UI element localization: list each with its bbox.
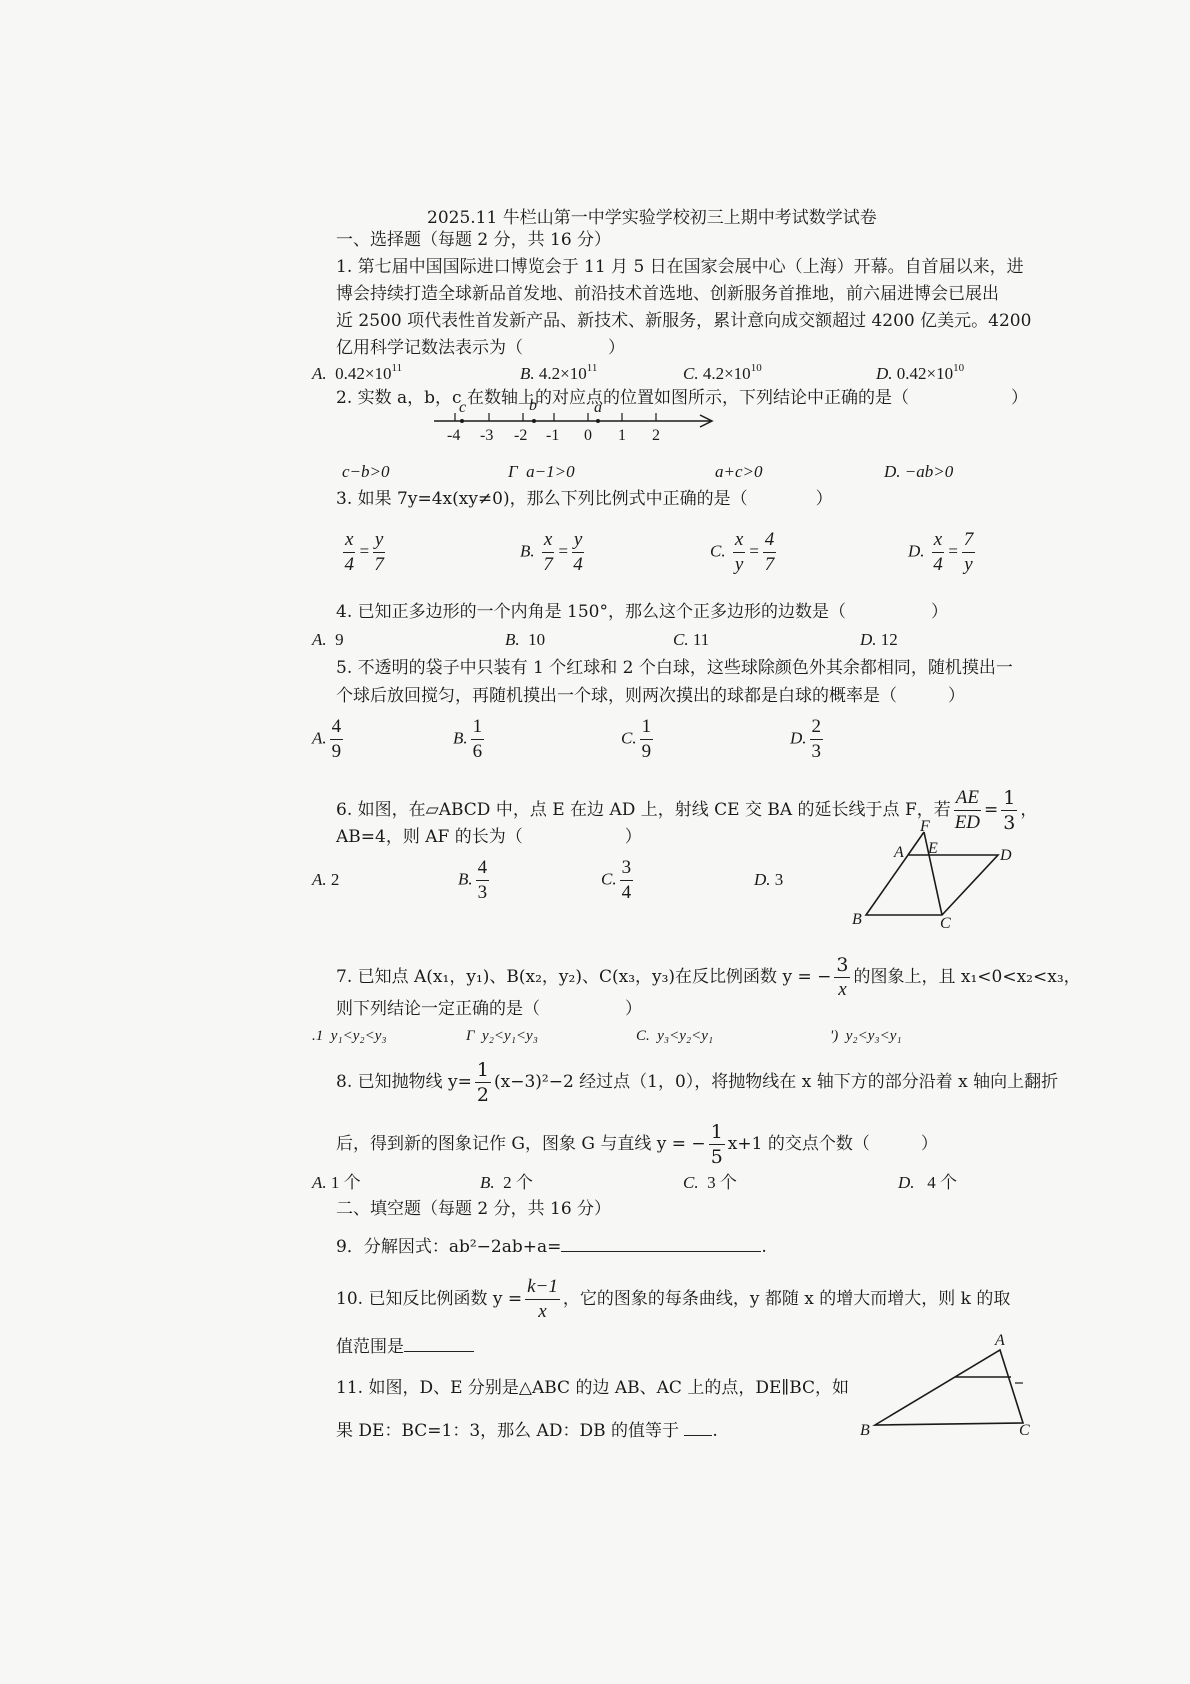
q5-line-2: 个球后放回搅匀，再随机摸出一个球，则两次摸出的球都是白球的概率是（ ）: [336, 685, 965, 707]
q9-text: 9．分解因式：ab²−2ab+a=.: [336, 1235, 767, 1258]
q7-option-a: .1 y₁<y₂<y₃: [312, 1028, 387, 1045]
number-line-figure: c b a -4 -3 -2 -1 0 1 2: [430, 395, 730, 455]
q8-option-b: B. 2 个: [480, 1168, 533, 1193]
q8-option-a: A. 1 个: [312, 1168, 361, 1193]
svg-text:C: C: [940, 915, 951, 932]
q8-option-d: D. 4 个: [898, 1168, 957, 1193]
q3-option-b: B. x7=y4: [520, 528, 587, 577]
q1-option-d: D. 0.42×1010: [876, 362, 964, 384]
svg-text:F: F: [919, 818, 930, 835]
q6-option-b: B.43: [458, 856, 492, 905]
svg-text:0: 0: [584, 427, 592, 444]
q2-option-a: c−b>0: [342, 462, 390, 482]
q7-line-2: 则下列结论一定正确的是（ ）: [336, 998, 642, 1020]
svg-text:B: B: [852, 911, 862, 928]
q4-option-a: A. 9: [312, 630, 344, 650]
svg-text:A: A: [994, 1332, 1005, 1349]
svg-text:1: 1: [618, 427, 626, 444]
q7-option-d: ') y₂<y₃<y₁: [830, 1028, 902, 1045]
q11-line-1: 11. 如图，D、E 分别是△ABC 的边 AB、AC 上的点，DE∥BC，如: [336, 1377, 849, 1399]
q2-option-c: a+c>0: [715, 462, 763, 482]
svg-text:A: A: [893, 844, 904, 861]
svg-text:-1: -1: [546, 427, 559, 444]
q3-option-a: x4=y7: [340, 528, 388, 577]
q6-option-a: A. 2: [312, 870, 339, 890]
q1-line-4: 亿用科学记数法表示为（ ）: [336, 337, 625, 359]
q1-option-a: A. 0.42×1011: [312, 362, 402, 384]
q8-option-c: C. 3 个: [683, 1168, 737, 1193]
q7-text: 7. 已知点 A(x₁，y₁)、B(x₂，y₂)、C(x₃，y₃)在反比例函数 …: [336, 953, 1081, 1002]
q7-option-c: C. y₃<y₂<y₁: [636, 1028, 713, 1045]
q8-line-2: 后，得到新的图象记作 G，图象 G 与直线 y = −15x+1 的交点个数（ …: [336, 1120, 938, 1169]
section1-heading: 一、选择题（每题 2 分，共 16 分）: [336, 229, 611, 251]
q4-text: 4. 已知正多边形的一个内角是 150°，那么这个正多边形的边数是（ ）: [336, 601, 948, 623]
q5-option-d: D.23: [790, 715, 826, 764]
q2-option-b: Γ a−1>0: [508, 462, 575, 482]
svg-text:E: E: [927, 840, 938, 857]
parallelogram-figure: F A E D B C: [850, 820, 1010, 935]
svg-text:b: b: [529, 397, 537, 414]
q5-option-b: B.16: [453, 715, 487, 764]
q4-option-d: D. 12: [860, 630, 898, 650]
q2-option-d: D. −ab>0: [884, 462, 953, 482]
q1-option-b: B. 4.2×1011: [520, 362, 597, 384]
triangle-figure: A B C: [855, 1335, 1035, 1440]
q5-option-a: A.49: [312, 715, 346, 764]
q6-option-c: C.34: [601, 856, 636, 905]
q1-line-3: 近 2500 项代表性首发新产品、新技术、新服务，累计意向成交额超过 4200 …: [336, 310, 1031, 332]
svg-text:c: c: [459, 399, 466, 416]
q10-answer-blank[interactable]: [404, 1335, 474, 1352]
svg-text:C: C: [1019, 1422, 1030, 1439]
svg-text:-3: -3: [480, 427, 493, 444]
q4-option-b: B. 10: [505, 630, 545, 650]
svg-text:B: B: [860, 1422, 870, 1439]
q3-option-d: D. x4=7y: [908, 528, 978, 577]
q10-text: 10. 已知反比例函数 y =k−1x，它的图象的每条曲线，y 都随 x 的增大…: [336, 1275, 1010, 1324]
q10-line-2: 值范围是: [336, 1335, 474, 1358]
q1-option-c: C. 4.2×1010: [683, 362, 762, 384]
q9-answer-blank[interactable]: [561, 1235, 761, 1252]
svg-text:-2: -2: [514, 427, 527, 444]
q1-line-2: 博会持续打造全球新品首发地、前沿技术首选地、创新服务首推地，前六届进博会已展出: [336, 283, 999, 305]
exam-title: 2025.11 牛栏山第一中学实验学校初三上期中考试数学试卷: [427, 203, 877, 228]
q8-text: 8. 已知抛物线 y=12(x−3)²−2 经过点（1，0），将抛物线在 x 轴…: [336, 1058, 1058, 1107]
q7-option-b: Γ y₂<y₁<y₃: [466, 1028, 538, 1045]
q1-line-1: 1. 第七届中国国际进口博览会于 11 月 5 日在国家会展中心（上海）开幕。自…: [336, 256, 1024, 278]
q5-line-1: 5. 不透明的袋子中只装有 1 个红球和 2 个白球，这些球除颜色外其余都相同，…: [336, 657, 1013, 679]
section2-heading: 二、填空题（每题 2 分，共 16 分）: [336, 1198, 611, 1220]
q3-text: 3. 如果 7y=4x(xy≠0)，那么下列比例式中正确的是（ ）: [336, 488, 833, 510]
q3-option-c: C. xy=47: [710, 528, 779, 577]
svg-text:D: D: [999, 847, 1012, 864]
q6-line-2: AB=4，则 AF 的长为（ ）: [336, 826, 642, 848]
svg-text:-4: -4: [447, 427, 460, 444]
q6-option-d: D. 3: [754, 870, 783, 890]
q4-option-c: C. 11: [673, 630, 709, 650]
exam-page: 2025.11 牛栏山第一中学实验学校初三上期中考试数学试卷 一、选择题（每题 …: [0, 0, 1190, 1684]
q11-line-2: 果 DE：BC=1：3，那么 AD：DB 的值等于 .: [336, 1419, 718, 1442]
svg-text:2: 2: [652, 427, 660, 444]
svg-text:a: a: [594, 399, 602, 416]
q11-answer-blank[interactable]: [684, 1419, 712, 1436]
q5-option-c: C.19: [621, 715, 656, 764]
